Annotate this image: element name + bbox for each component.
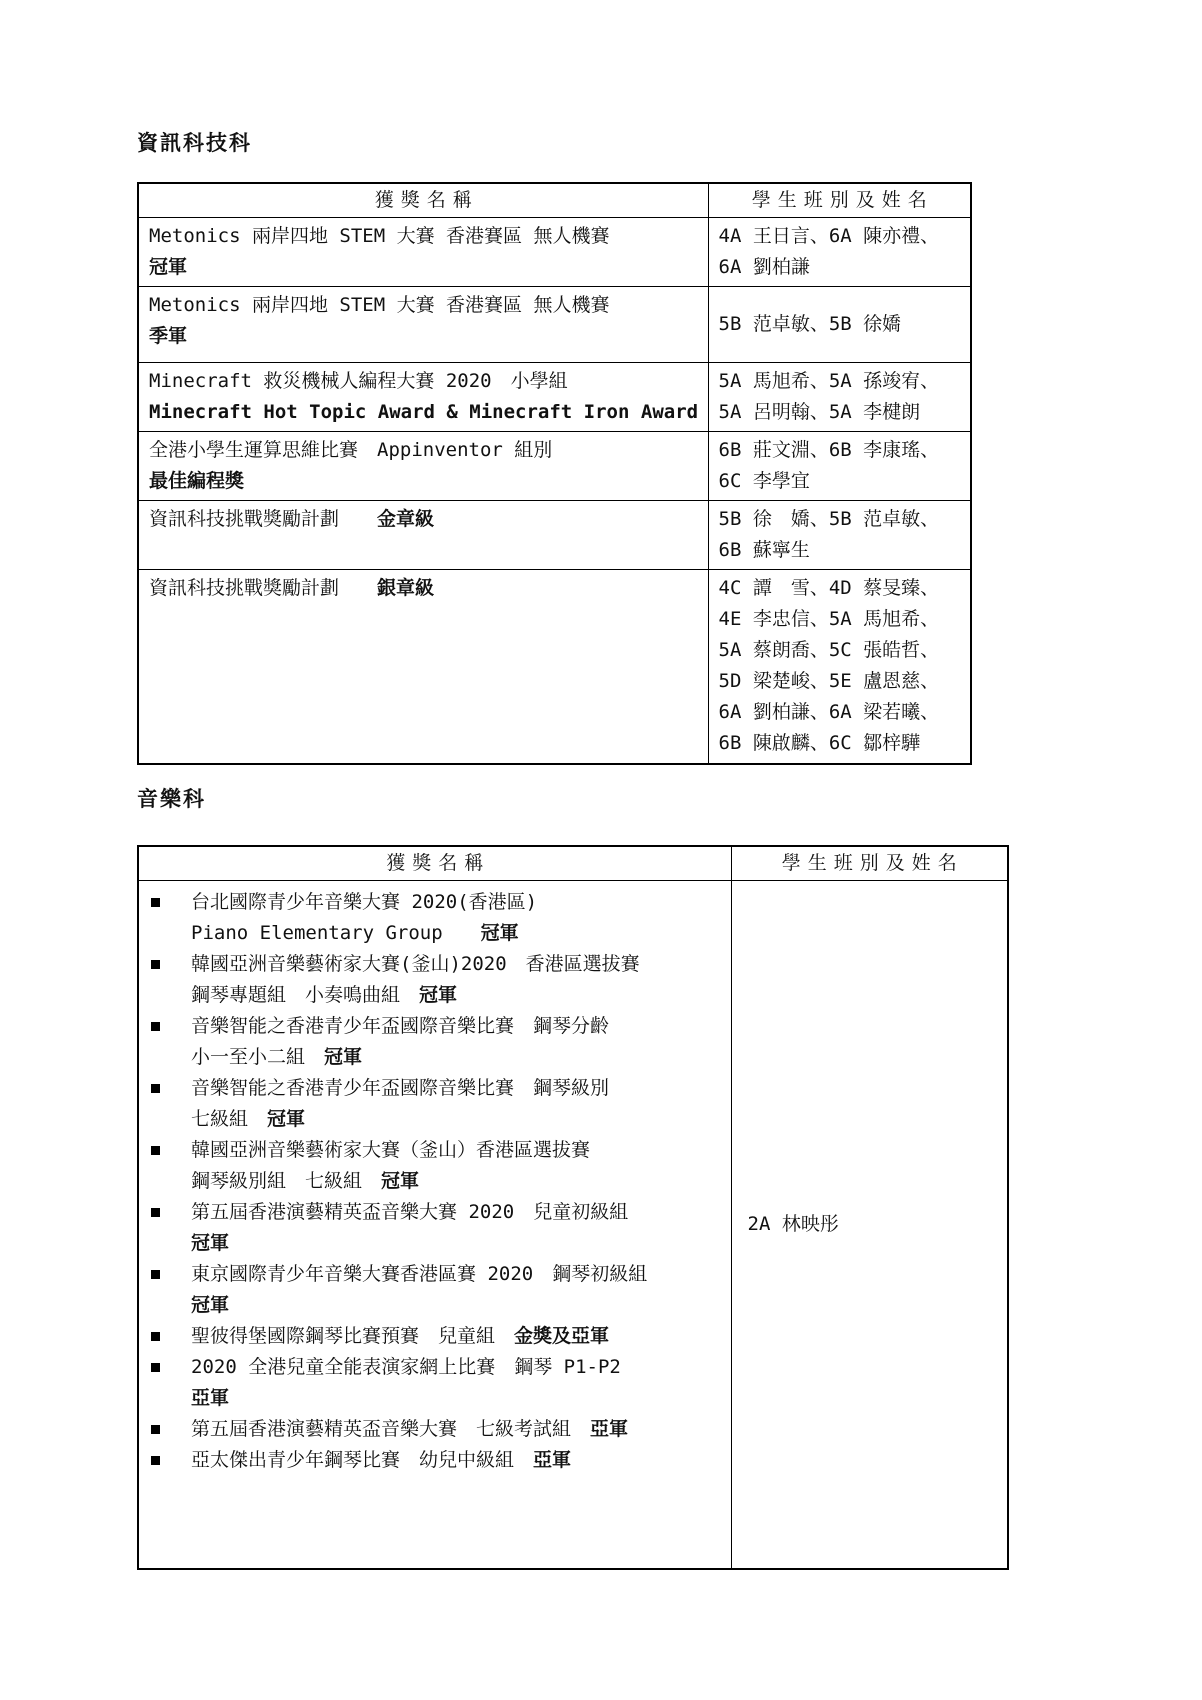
student-line: 6A 劉柏謙、6A 梁若曦、 [719,697,963,728]
award-line: 冠軍 [191,1290,647,1321]
bullet-square-icon [151,1456,160,1465]
award-text-bold: 冠軍 [191,1232,229,1254]
award-line: 第五屆香港演藝精英盃音樂大賽 2020 兒童初級組 [191,1197,628,1228]
student-name-header: 學生班別及姓名 [708,183,971,218]
student-line: 6C 李學宜 [719,466,963,497]
award-line: Minecraft 救災機械人編程大賽 2020 小學組 [149,366,700,397]
student-line: 5B 范卓敏、5B 徐嬌 [719,309,963,340]
award-text: 東京國際青少年音樂大賽香港區賽 2020 鋼琴初級組 [191,1263,647,1285]
award-line: Metonics 兩岸四地 STEM 大賽 香港賽區 無人機賽 [149,290,700,321]
award-line: 全港小學生運算思維比賽 Appinventor 組別 [149,435,700,466]
award-line: 冠軍 [149,252,700,283]
music-award-text: 台北國際青少年音樂大賽 2020(香港區)Piano Elementary Gr… [191,887,537,949]
award-text-bold: 亞軍 [191,1387,229,1409]
award-line: 韓國亞洲音樂藝術家大賽(釜山)2020 香港區選拔賽 [191,949,640,980]
student-line: 5D 梁楚峻、5E 盧恩慈、 [719,666,963,697]
award-text-bold: Minecraft Hot Topic Award & Minecraft Ir… [149,401,698,423]
award-name-header: 獲獎名稱 [138,846,731,881]
award-text-bold: 冠軍 [149,256,187,278]
student-line: 5A 蔡朗喬、5C 張皓哲、 [719,635,963,666]
award-text-bold: 冠軍 [267,1108,305,1130]
award-text-bold: 金章級 [377,508,434,530]
award-text-bold: 季軍 [149,325,187,347]
table-header-row: 獲獎名稱 學生班別及姓名 [138,846,1008,881]
music-awards-table: 獲獎名稱 學生班別及姓名 台北國際青少年音樂大賽 2020(香港區)Piano … [137,845,1009,1570]
music-award-text: 聖彼得堡國際鋼琴比賽預賽 兒童組 金獎及亞軍 [191,1321,609,1352]
award-text: 韓國亞洲音樂藝術家大賽(釜山)2020 香港區選拔賽 [191,953,640,975]
music-award-text: 音樂智能之香港青少年盃國際音樂比賽 鋼琴分齡小一至小二組 冠軍 [191,1011,609,1073]
award-text: 2020 全港兒童全能表演家網上比賽 鋼琴 P1-P2 [191,1356,621,1378]
music-award-item: 音樂智能之香港青少年盃國際音樂比賽 鋼琴分齡小一至小二組 冠軍 [139,1011,725,1073]
award-text: 第五屆香港演藝精英盃音樂大賽 七級考試組 [191,1418,590,1440]
award-line: Piano Elementary Group 冠軍 [191,918,537,949]
students-cell: 5A 馬旭希、5A 孫竣宥、5A 呂明翰、5A 李楗朗 [708,363,971,432]
award-line: 小一至小二組 冠軍 [191,1042,609,1073]
award-text: Minecraft 救災機械人編程大賽 2020 小學組 [149,370,568,392]
students-cell: 5B 范卓敏、5B 徐嬌 [708,287,971,363]
music-award-text: 2020 全港兒童全能表演家網上比賽 鋼琴 P1-P2亞軍 [191,1352,621,1414]
bullet-square-icon [151,1084,160,1093]
student-line: 4A 王日言、6A 陳亦禮、 [719,221,963,252]
it-awards-table: 獲獎名稱 學生班別及姓名 Metonics 兩岸四地 STEM 大賽 香港賽區 … [137,182,972,765]
award-text: 七級組 [191,1108,267,1130]
award-line: Minecraft Hot Topic Award & Minecraft Ir… [149,397,700,428]
music-award-item: 東京國際青少年音樂大賽香港區賽 2020 鋼琴初級組冠軍 [139,1259,725,1321]
student-line: 5A 馬旭希、5A 孫竣宥、 [719,366,963,397]
award-line: 東京國際青少年音樂大賽香港區賽 2020 鋼琴初級組 [191,1259,647,1290]
table-row: Metonics 兩岸四地 STEM 大賽 香港賽區 無人機賽季軍5B 范卓敏、… [138,287,971,363]
table-header-row: 獲獎名稱 學生班別及姓名 [138,183,971,218]
award-text-bold: 銀章級 [377,577,434,599]
section-title-it: 資訊科技科 [137,131,252,155]
award-text: Metonics 兩岸四地 STEM 大賽 香港賽區 無人機賽 [149,294,609,316]
award-line: 鋼琴級別組 七級組 冠軍 [191,1166,590,1197]
award-line: 音樂智能之香港青少年盃國際音樂比賽 鋼琴分齡 [191,1011,609,1042]
award-line: 資訊科技挑戰獎勵計劃 金章級 [149,504,700,535]
award-text: 亞太傑出青少年鋼琴比賽 幼兒中級組 [191,1449,533,1471]
award-line: 聖彼得堡國際鋼琴比賽預賽 兒童組 金獎及亞軍 [191,1321,609,1352]
award-text: 韓國亞洲音樂藝術家大賽（釜山）香港區選拔賽 [191,1139,590,1161]
bullet-square-icon [151,1363,160,1372]
music-award-item: 亞太傑出青少年鋼琴比賽 幼兒中級組 亞軍 [139,1445,725,1476]
award-text: Piano Elementary Group [191,922,481,944]
award-line: 第五屆香港演藝精英盃音樂大賽 七級考試組 亞軍 [191,1414,628,1445]
bullet-square-icon [151,898,160,907]
award-text: 聖彼得堡國際鋼琴比賽預賽 兒童組 [191,1325,514,1347]
award-line: 資訊科技挑戰獎勵計劃 銀章級 [149,573,700,604]
music-award-item: 韓國亞洲音樂藝術家大賽(釜山)2020 香港區選拔賽鋼琴專題組 小奏鳴曲組 冠軍 [139,949,725,1011]
award-name-header: 獲獎名稱 [138,183,708,218]
students-cell: 4A 王日言、6A 陳亦禮、6A 劉柏謙 [708,218,971,287]
award-line: 韓國亞洲音樂藝術家大賽（釜山）香港區選拔賽 [191,1135,590,1166]
award-line: 最佳編程獎 [149,466,700,497]
student-line: 6B 莊文淵、6B 李康瑤、 [719,435,963,466]
students-cell: 4C 譚 雪、4D 蔡旻臻、4E 李忠信、5A 馬旭希、5A 蔡朗喬、5C 張皓… [708,570,971,764]
student-line: 4E 李忠信、5A 馬旭希、 [719,604,963,635]
award-text-bold: 亞軍 [590,1418,628,1440]
music-award-item: 第五屆香港演藝精英盃音樂大賽 七級考試組 亞軍 [139,1414,725,1445]
award-text: 資訊科技挑戰獎勵計劃 [149,508,377,530]
bullet-square-icon [151,1425,160,1434]
award-text: 全港小學生運算思維比賽 Appinventor 組別 [149,439,552,461]
table-row: Metonics 兩岸四地 STEM 大賽 香港賽區 無人機賽冠軍4A 王日言、… [138,218,971,287]
music-award-item: 第五屆香港演藝精英盃音樂大賽 2020 兒童初級組冠軍 [139,1197,725,1259]
student-line: 6B 蘇寧生 [719,535,963,566]
award-text: 小一至小二組 [191,1046,324,1068]
award-text: Metonics 兩岸四地 STEM 大賽 香港賽區 無人機賽 [149,225,609,247]
award-text: 鋼琴級別組 七級組 [191,1170,381,1192]
music-award-item: 2020 全港兒童全能表演家網上比賽 鋼琴 P1-P2亞軍 [139,1352,725,1414]
music-award-item: 音樂智能之香港青少年盃國際音樂比賽 鋼琴級別七級組 冠軍 [139,1073,725,1135]
music-award-item: 台北國際青少年音樂大賽 2020(香港區)Piano Elementary Gr… [139,887,725,949]
student-line: 6A 劉柏謙 [719,252,963,283]
bullet-square-icon [151,960,160,969]
student-line: 5B 徐 嬌、5B 范卓敏、 [719,504,963,535]
award-text-bold: 最佳編程獎 [149,470,244,492]
music-award-text: 韓國亞洲音樂藝術家大賽（釜山）香港區選拔賽鋼琴級別組 七級組 冠軍 [191,1135,590,1197]
bullet-square-icon [151,1270,160,1279]
award-text: 音樂智能之香港青少年盃國際音樂比賽 鋼琴級別 [191,1077,609,1099]
award-cell: 資訊科技挑戰獎勵計劃 金章級 [138,501,708,570]
award-text-bold: 冠軍 [381,1170,419,1192]
award-cell: Metonics 兩岸四地 STEM 大賽 香港賽區 無人機賽冠軍 [138,218,708,287]
music-award-item: 聖彼得堡國際鋼琴比賽預賽 兒童組 金獎及亞軍 [139,1321,725,1352]
bullet-square-icon [151,1022,160,1031]
student-name-header: 學生班別及姓名 [731,846,1008,881]
music-award-item: 韓國亞洲音樂藝術家大賽（釜山）香港區選拔賽鋼琴級別組 七級組 冠軍 [139,1135,725,1197]
table-row: Minecraft 救災機械人編程大賽 2020 小學組Minecraft Ho… [138,363,971,432]
award-line: 冠軍 [191,1228,628,1259]
award-text: 第五屆香港演藝精英盃音樂大賽 2020 兒童初級組 [191,1201,628,1223]
music-award-text: 音樂智能之香港青少年盃國際音樂比賽 鋼琴級別七級組 冠軍 [191,1073,609,1135]
award-cell: 台北國際青少年音樂大賽 2020(香港區)Piano Elementary Gr… [138,881,731,1570]
section-title-music: 音樂科 [137,787,206,811]
student-line: 5A 呂明翰、5A 李楗朗 [719,397,963,428]
document-page: 資訊科技科 獲獎名稱 學生班別及姓名 Metonics 兩岸四地 STEM 大賽… [0,0,1202,1700]
music-award-text: 第五屆香港演藝精英盃音樂大賽 七級考試組 亞軍 [191,1414,628,1445]
award-line: 季軍 [149,321,700,352]
students-cell: 6B 莊文淵、6B 李康瑤、6C 李學宜 [708,432,971,501]
award-cell: 全港小學生運算思維比賽 Appinventor 組別最佳編程獎 [138,432,708,501]
music-award-text: 韓國亞洲音樂藝術家大賽(釜山)2020 香港區選拔賽鋼琴專題組 小奏鳴曲組 冠軍 [191,949,640,1011]
award-cell: 資訊科技挑戰獎勵計劃 銀章級 [138,570,708,764]
bullet-square-icon [151,1146,160,1155]
students-cell: 5B 徐 嬌、5B 范卓敏、6B 蘇寧生 [708,501,971,570]
award-line: 音樂智能之香港青少年盃國際音樂比賽 鋼琴級別 [191,1073,609,1104]
award-line: 亞軍 [191,1383,621,1414]
award-line: 七級組 冠軍 [191,1104,609,1135]
award-cell: Minecraft 救災機械人編程大賽 2020 小學組Minecraft Ho… [138,363,708,432]
table-row: 資訊科技挑戰獎勵計劃 金章級5B 徐 嬌、5B 范卓敏、6B 蘇寧生 [138,501,971,570]
award-line: 2020 全港兒童全能表演家網上比賽 鋼琴 P1-P2 [191,1352,621,1383]
award-text-bold: 亞軍 [533,1449,571,1471]
table-row: 資訊科技挑戰獎勵計劃 銀章級4C 譚 雪、4D 蔡旻臻、4E 李忠信、5A 馬旭… [138,570,971,764]
award-text: 鋼琴專題組 小奏鳴曲組 [191,984,419,1006]
music-award-text: 東京國際青少年音樂大賽香港區賽 2020 鋼琴初級組冠軍 [191,1259,647,1321]
award-text: 資訊科技挑戰獎勵計劃 [149,577,377,599]
award-line: Metonics 兩岸四地 STEM 大賽 香港賽區 無人機賽 [149,221,700,252]
award-line: 亞太傑出青少年鋼琴比賽 幼兒中級組 亞軍 [191,1445,571,1476]
award-text: 音樂智能之香港青少年盃國際音樂比賽 鋼琴分齡 [191,1015,609,1037]
award-text-bold: 冠軍 [419,984,457,1006]
bullet-square-icon [151,1208,160,1217]
table-row: 台北國際青少年音樂大賽 2020(香港區)Piano Elementary Gr… [138,881,1008,1570]
award-text-bold: 金獎及亞軍 [514,1325,609,1347]
award-text-bold: 冠軍 [481,922,519,944]
student-line: 4C 譚 雪、4D 蔡旻臻、 [719,573,963,604]
students-cell: 2A 林映彤 [731,881,1008,1570]
bullet-square-icon [151,1332,160,1341]
music-award-text: 第五屆香港演藝精英盃音樂大賽 2020 兒童初級組冠軍 [191,1197,628,1259]
award-text: 台北國際青少年音樂大賽 2020(香港區) [191,891,537,913]
student-line: 6B 陳啟麟、6C 鄒梓驊 [719,728,963,759]
award-line: 鋼琴專題組 小奏鳴曲組 冠軍 [191,980,640,1011]
award-cell: Metonics 兩岸四地 STEM 大賽 香港賽區 無人機賽季軍 [138,287,708,363]
table-row: 全港小學生運算思維比賽 Appinventor 組別最佳編程獎6B 莊文淵、6B… [138,432,971,501]
music-award-text: 亞太傑出青少年鋼琴比賽 幼兒中級組 亞軍 [191,1445,571,1476]
award-line: 台北國際青少年音樂大賽 2020(香港區) [191,887,537,918]
award-text-bold: 冠軍 [191,1294,229,1316]
award-text-bold: 冠軍 [324,1046,362,1068]
